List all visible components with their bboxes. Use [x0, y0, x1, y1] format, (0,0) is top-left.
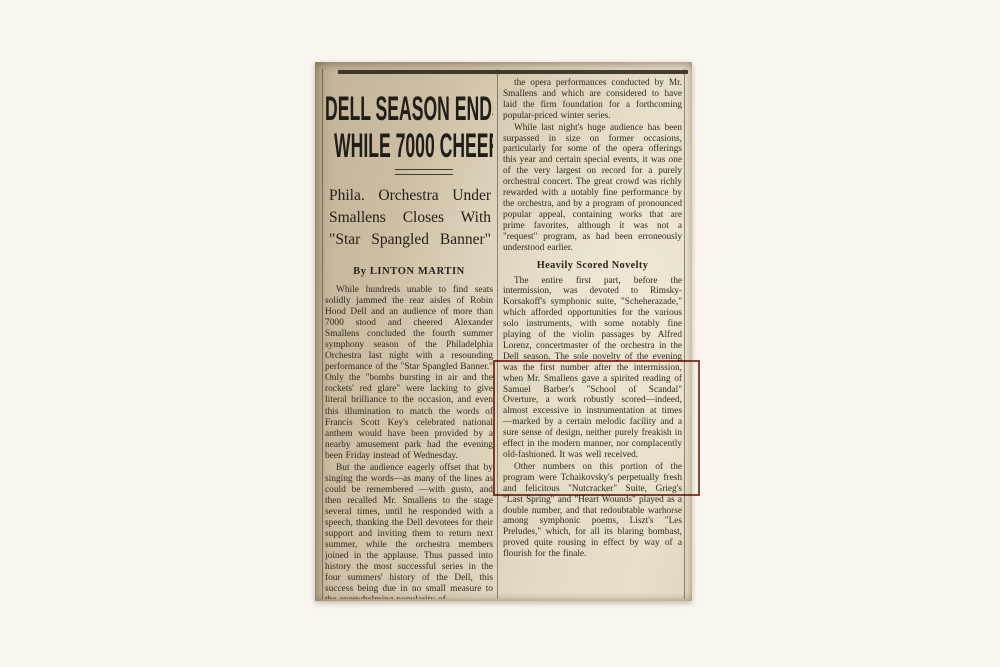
- subhead-line: Phila. Orchestra Under: [329, 185, 491, 207]
- article-paragraph: While last night's huge audience has bee…: [503, 123, 682, 254]
- right-column-rule: [684, 69, 685, 599]
- left-column-rule: [322, 69, 323, 599]
- right-column: the opera performances conducted by Mr. …: [503, 62, 682, 599]
- article-paragraph: The entire first part, before the interm…: [503, 276, 682, 461]
- article-paragraph: Other numbers on this portion of the pro…: [503, 462, 682, 560]
- subheadline: Phila. Orchestra Under Smallens Closes W…: [329, 185, 491, 251]
- article-paragraph: While hundreds unable to find seats soli…: [325, 285, 493, 462]
- column-divider-rule: [497, 69, 498, 599]
- subhead-line: "Star Spangled Banner": [329, 229, 491, 251]
- photo-background: DELL SEASON ENDS WHILE 7000 CHEER Phila.…: [0, 0, 1000, 667]
- article-paragraph: the opera performances conducted by Mr. …: [503, 78, 682, 122]
- headline: DELL SEASON ENDS WHILE 7000 CHEER: [325, 89, 493, 163]
- newspaper-clipping: DELL SEASON ENDS WHILE 7000 CHEER Phila.…: [315, 62, 692, 601]
- left-column: DELL SEASON ENDS WHILE 7000 CHEER Phila.…: [325, 62, 493, 599]
- subhead-line: Smallens Closes With: [329, 207, 491, 229]
- headline-divider: [395, 169, 453, 175]
- byline: By LINTON MARTIN: [325, 266, 493, 277]
- section-heading: Heavily Scored Novelty: [503, 260, 682, 271]
- article-paragraph: But the audience eagerly offset that by …: [325, 463, 493, 599]
